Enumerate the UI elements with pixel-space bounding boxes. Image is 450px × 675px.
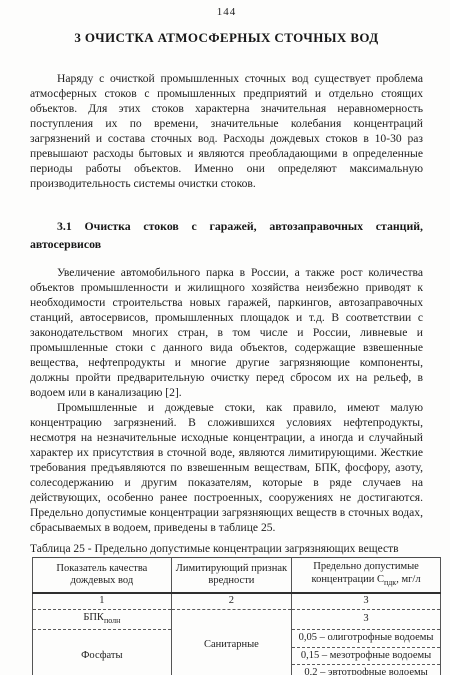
section-paragraph-2: Промышленные и дождевые стоки, как прави…	[30, 400, 423, 535]
header-col3-subscript: пдк	[384, 578, 396, 587]
section-paragraph-1: Увеличение автомобильного парка в России…	[30, 265, 423, 400]
column-number-row: 1 2 3	[33, 593, 441, 609]
column-number-2: 2	[171, 593, 291, 609]
phosphates-label-cell: Фосфаты	[33, 630, 172, 675]
column-number-3: 3	[292, 593, 441, 609]
table-caption: Таблица 25 - Предельно допустимые концен…	[30, 543, 423, 555]
header-limiting-hazard: Лимитирующий признак вредности	[171, 558, 291, 594]
header-quality-indicator: Показатель качества дождевых вод	[33, 558, 172, 594]
limiting-indicator-cell: Санитарные	[171, 609, 291, 675]
bpk-subscript: полн	[104, 616, 120, 625]
document-page: 144 3 ОЧИСТКА АТМОСФЕРНЫХ СТОЧНЫХ ВОД На…	[0, 0, 450, 675]
bpk-label-cell: БПКполн	[33, 609, 172, 630]
header-col3-units: , мг/л	[396, 574, 420, 585]
table-row-bpk: БПКполн Санитарные 3	[33, 609, 441, 630]
phosphate-value-eutrophic: 0,2 – эвтотрофные водоемы	[292, 665, 441, 675]
bpk-label: БПК	[83, 612, 104, 623]
column-number-1: 1	[33, 593, 172, 609]
table-header-row: Показатель качества дождевых вод Лимитир…	[33, 558, 441, 594]
chapter-title: 3 ОЧИСТКА АТМОСФЕРНЫХ СТОЧНЫХ ВОД	[30, 30, 423, 46]
limits-table: Показатель качества дождевых вод Лимитир…	[32, 557, 441, 675]
intro-paragraph: Наряду с очисткой промышленных сточных в…	[30, 71, 423, 191]
phosphate-value-mesotrophic: 0,15 – мезотрофные водоемы	[292, 647, 441, 665]
section-title: 3.1 Очистка стоков с гаражей, автозаправ…	[30, 217, 423, 253]
phosphate-value-oligotrophic: 0,05 – олиготрофные водоемы	[292, 630, 441, 648]
header-max-allowed-concentration: Предельно допустимые концентрации Спдк, …	[292, 558, 441, 594]
page-number: 144	[30, 6, 423, 18]
bpk-value-cell: 3	[292, 609, 441, 630]
